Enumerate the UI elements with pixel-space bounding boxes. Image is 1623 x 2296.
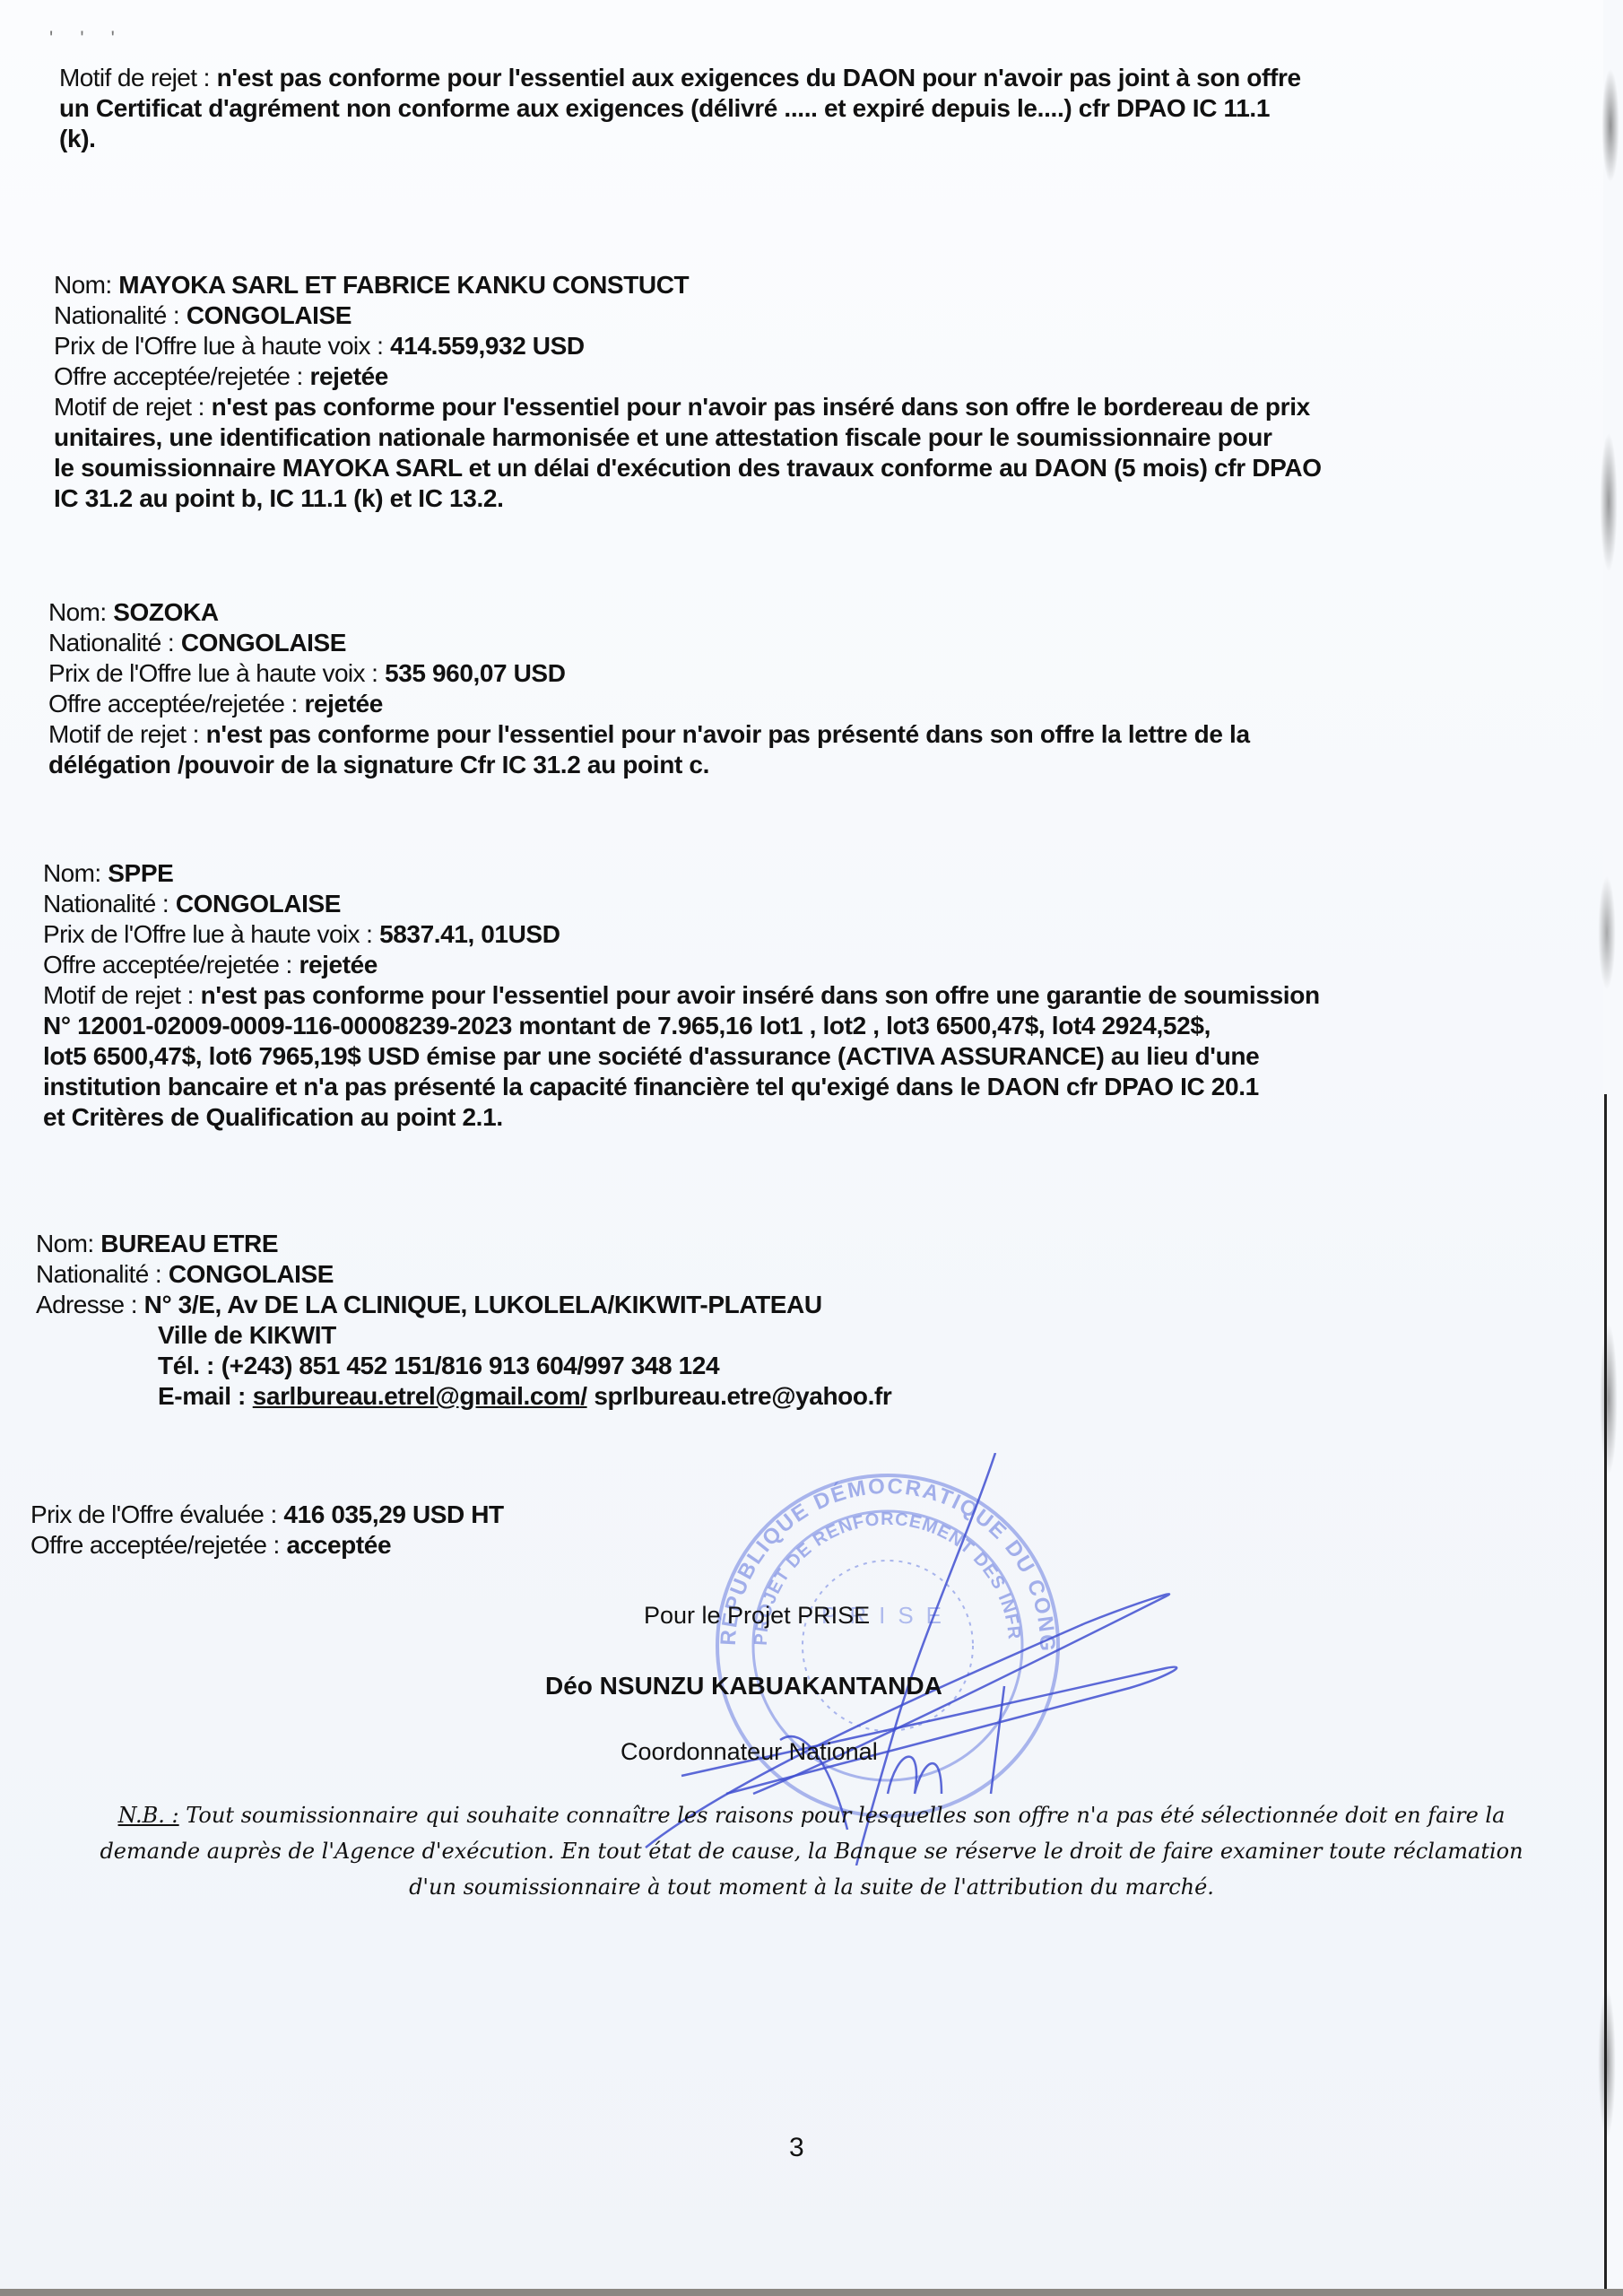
- nb-prefix: N.B. :: [118, 1803, 179, 1828]
- bid-status: rejetée: [299, 951, 378, 978]
- evaluated-price: 416 035,29 USD HT: [283, 1500, 503, 1528]
- scan-specks: ' ' ': [49, 27, 126, 50]
- bid-status: rejetée: [304, 690, 383, 717]
- nb-note: N.B. : Tout soumissionnaire qui souhaite…: [0, 1797, 1623, 1905]
- scan-bottom-edge: [0, 2289, 1623, 2296]
- email-link-gmail[interactable]: sarlbureau.etrel@gmail.com/: [253, 1382, 587, 1410]
- signatory-for: Pour le Projet PRISE: [644, 1602, 870, 1630]
- scan-edge-shadow: [1587, 0, 1623, 2296]
- bidder-mayoka: Nom: MAYOKA SARL ET FABRICE KANKU CONSTU…: [54, 270, 1322, 514]
- intro-rejection: Motif de rejet : n'est pas conforme pour…: [59, 63, 1301, 154]
- bid-price: 535 960,07 USD: [385, 659, 565, 687]
- bidder-name: BUREAU ETRE: [100, 1230, 278, 1257]
- winning-bidder: Nom: BUREAU ETRE Nationalité : CONGOLAIS…: [36, 1229, 891, 1412]
- bidder-name: MAYOKA SARL ET FABRICE KANKU CONSTUCT: [118, 271, 689, 299]
- phone-number: (+243) 851 452 151/816 913 604/997 348 1…: [221, 1352, 719, 1379]
- address: N° 3/E, Av DE LA CLINIQUE, LUKOLELA/KIKW…: [144, 1291, 822, 1318]
- bidder-name: SPPE: [108, 859, 173, 887]
- bid-price: 5837.41, 01USD: [379, 920, 560, 948]
- bid-price: 414.559,932 USD: [390, 332, 585, 360]
- reason-label: Motif de rejet :: [59, 64, 210, 91]
- email-yahoo: sprlbureau.etre@yahoo.fr: [594, 1382, 891, 1410]
- bidder-sozoka: Nom: SOZOKA Nationalité : CONGOLAISE Pri…: [48, 597, 1250, 780]
- signatory-title: Coordonnateur National: [621, 1738, 878, 1766]
- bid-status: acceptée: [286, 1531, 391, 1559]
- evaluated-offer: Prix de l'Offre évaluée : 416 035,29 USD…: [30, 1500, 504, 1561]
- bid-status: rejetée: [309, 362, 388, 390]
- bidder-name: SOZOKA: [113, 598, 218, 626]
- bidder-sppe: Nom: SPPE Nationalité : CONGOLAISE Prix …: [43, 858, 1320, 1133]
- signatory-name: Déo NSUNZU KABUAKANTANDA: [545, 1672, 942, 1700]
- page-number: 3: [789, 2133, 804, 2163]
